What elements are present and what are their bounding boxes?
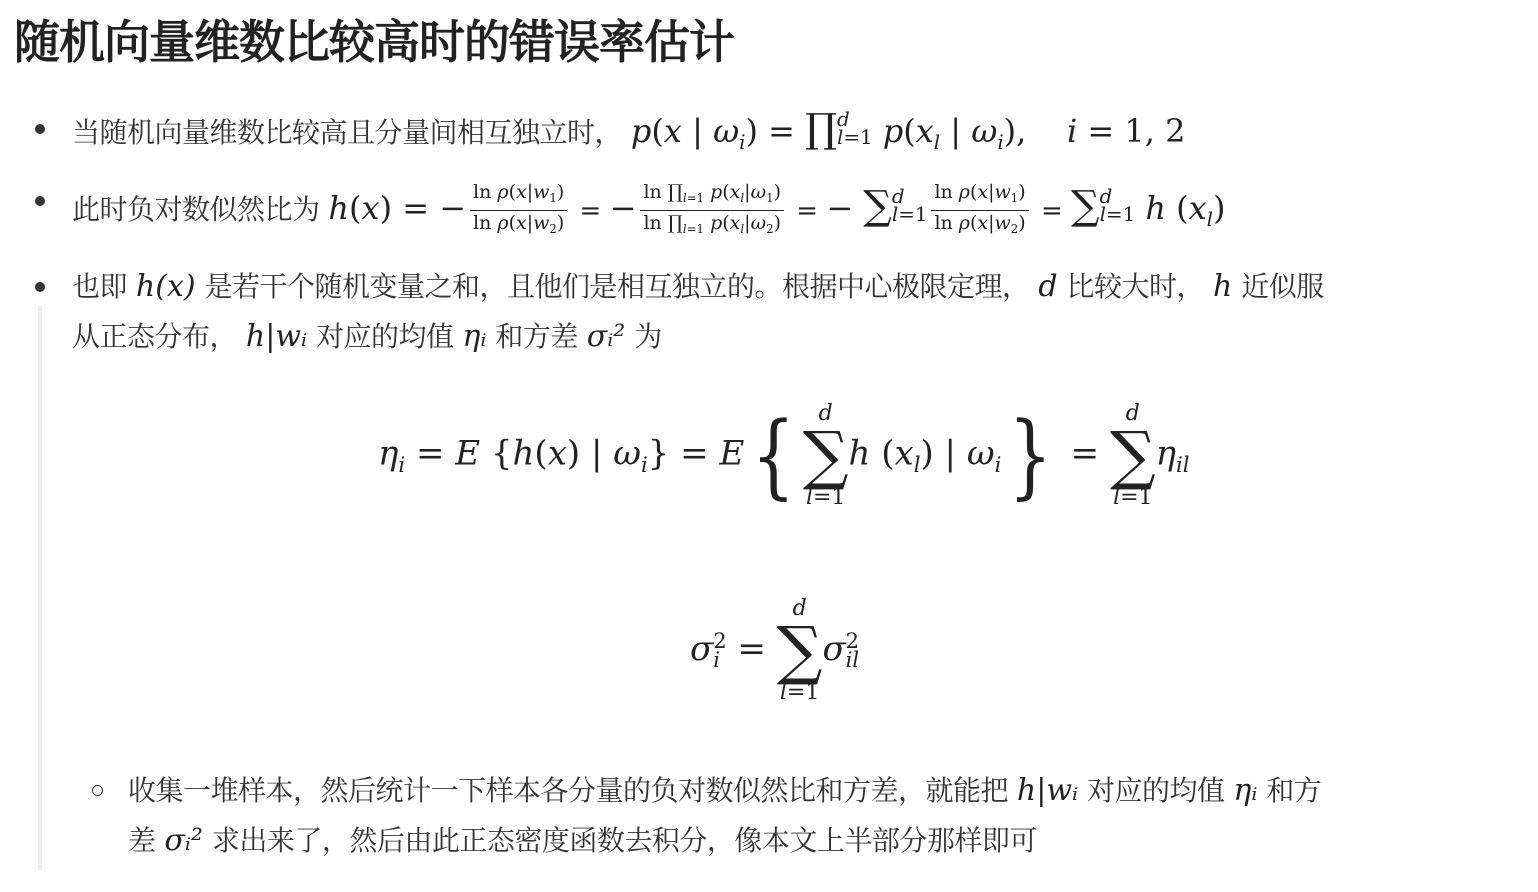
sub-bullet-line-1: 收集一堆样本，然后统计一下样本各分量的负对数似然比和方差，就能把 h|wᵢ 对应…: [128, 766, 1321, 816]
sub-bullet-line-2: 差 σᵢ² 求出来了，然后由此正态密度函数去积分，像本文上半部分那样即可: [128, 816, 1037, 866]
sub-bullet-marker: [92, 785, 103, 796]
equation-sigma: σ2i = d∑l=1σ2il: [690, 598, 859, 704]
bullet-marker: [35, 196, 45, 206]
bullet-1-text: 当随机向量维数比较高且分量间相互独立时，: [72, 116, 622, 149]
bullet-1: 当随机向量维数比较高且分量间相互独立时， p(x | ωi) = ∏dl=1 p…: [72, 104, 1185, 168]
bullet-1-formula: p(x | ωi) = ∏dl=1 p(xl | ωi), i = 1, 2: [631, 112, 1186, 150]
bullet-3-line-2: 从正态分布， h|wᵢ 对应的均值 ηᵢ 和方差 σᵢ² 为: [72, 312, 662, 362]
bullet-3-line-1: 也即 h(x) 是若干个随机变量之和，且他们是相互独立的。根据中心极限定理， d…: [72, 262, 1324, 312]
bullet-marker: [35, 124, 45, 134]
bullet-2-formula: h(x) = −ln ρ(x|w1)ln ρ(x|w2) = −ln ∏l=1 …: [328, 189, 1225, 227]
indent-bar: [38, 305, 42, 871]
bullet-2-text: 此时负对数似然比为: [72, 193, 320, 226]
equation-eta: ηi = E {h(x) | ωi} = E{d∑l=1h (xl) | ωi}…: [378, 402, 1190, 509]
bullet-2: 此时负对数似然比为 h(x) = −ln ρ(x|w1)ln ρ(x|w2) =…: [72, 176, 1226, 250]
bullet-marker: [35, 282, 45, 292]
page-title: 随机向量维数比较高时的错误率估计: [14, 6, 734, 72]
